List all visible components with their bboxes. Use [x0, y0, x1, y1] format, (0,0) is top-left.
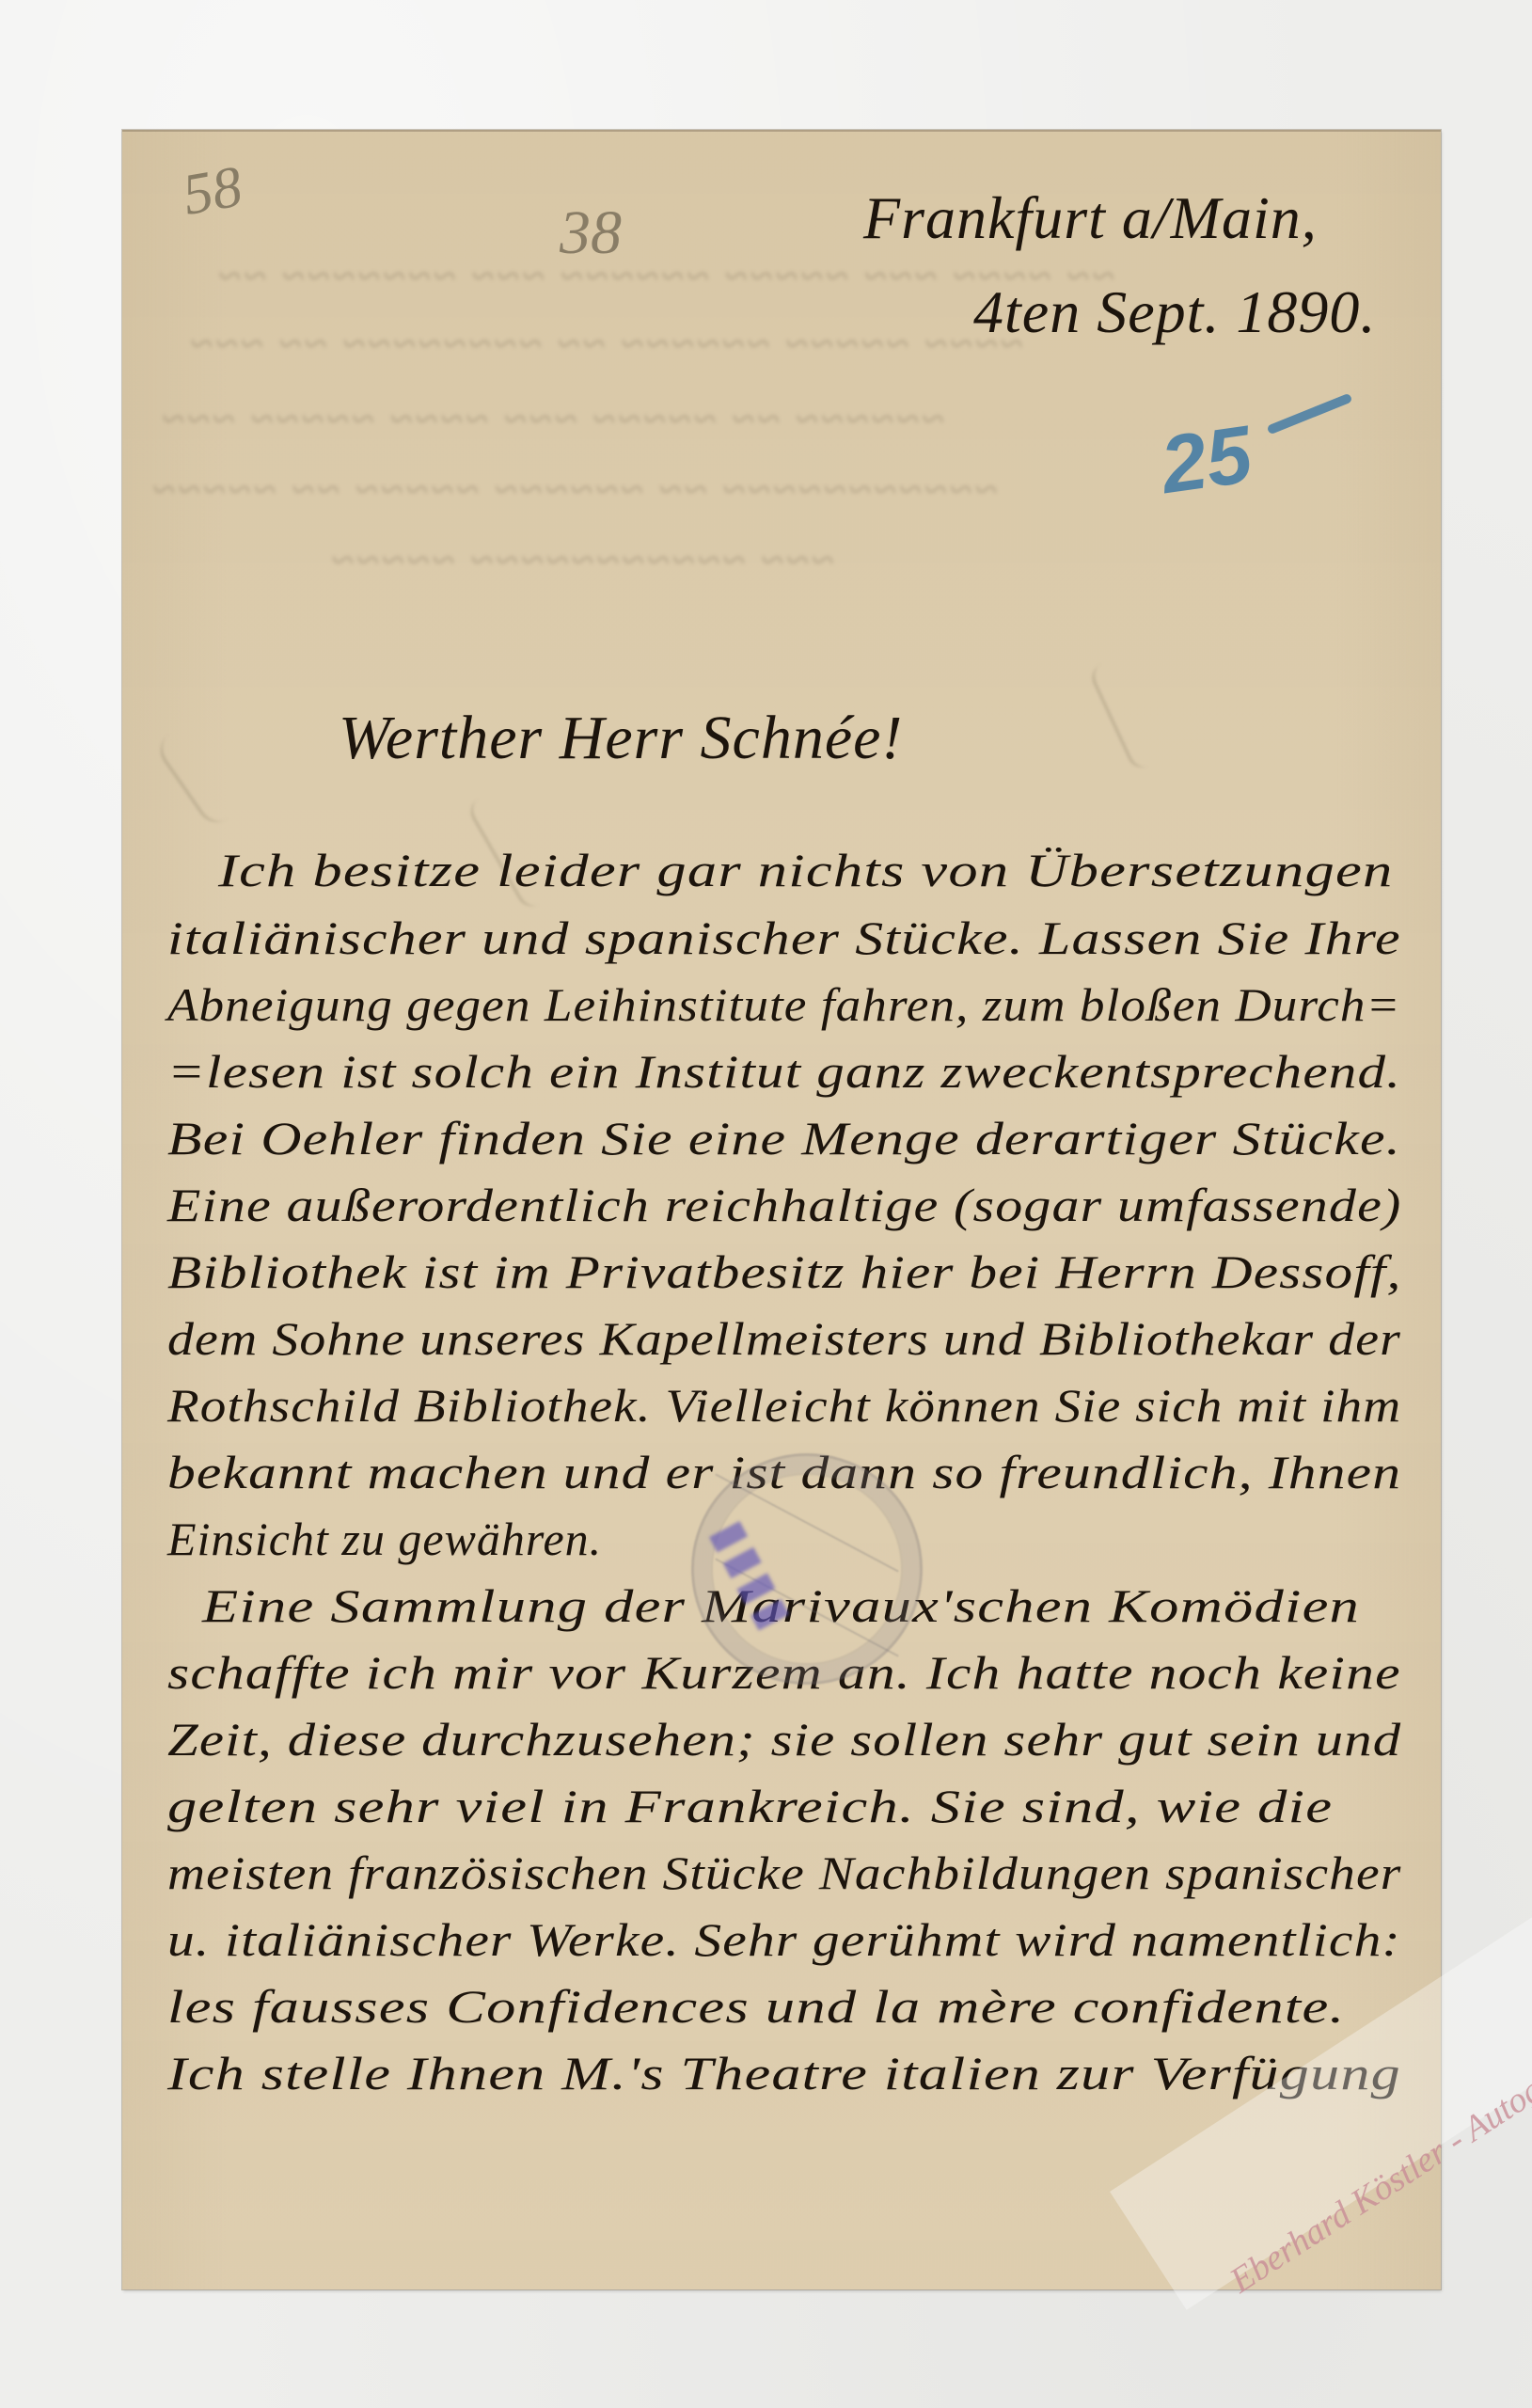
letter-place: Frankfurt a/Main,: [863, 188, 1318, 248]
body-line: u. italiänischer Werke. Sehr gerühmt wir…: [167, 1916, 1401, 1963]
body-line: Ich besitze leider gar nichts von Überse…: [218, 847, 1393, 894]
body-line: italiänischer und spanischer Stücke. Las…: [167, 914, 1401, 961]
body-line: Bei Oehler finden Sie eine Menge derarti…: [167, 1115, 1401, 1162]
body-line: les fausses Confidences und la mère conf…: [167, 1983, 1345, 2030]
body-line: Rothschild Bibliothek. Vielleicht können…: [167, 1382, 1401, 1429]
body-line: Einsicht zu gewähren.: [167, 1515, 602, 1562]
body-line: Zeit, diese durchzusehen; sie sollen seh…: [167, 1716, 1401, 1763]
show-through-text: ~~~ ~~~~~~~~~~~ ~~~~~: [329, 536, 834, 584]
blue-crayon-number: 25: [1156, 408, 1258, 513]
body-line: Abneigung gegen Leihinstitute fahren, zu…: [167, 981, 1400, 1028]
pencil-folio-number: 38: [560, 198, 622, 269]
show-through-text: ~~~~ ~~~~~ ~~~~~~ ~~ ~~~~~~~~ ~~ ~~~: [188, 320, 1023, 368]
body-line: Bibliothek ist im Privatbesitz hier bei …: [167, 1248, 1402, 1295]
body-line: meisten französischen Stücke Nachbildung…: [167, 1849, 1401, 1896]
body-line: Ich stelle Ihnen M.'s Theatre italien zu…: [167, 2050, 1401, 2097]
letter-greeting: Werther Herr Schnée!: [339, 707, 903, 769]
stamp-number: ▮▮▮▮: [703, 1513, 803, 1640]
show-through-text: ~~~~~~ ~~ ~~~~~ ~~~ ~~~~ ~~~~~ ~~~: [160, 395, 945, 443]
show-through-text: ~~~~~~~~~~~ ~~ ~~~~~~ ~~~~~ ~~ ~~~~~: [150, 466, 998, 514]
body-line: =lesen ist solch ein Institut ganz zweck…: [167, 1048, 1401, 1095]
body-line: Eine außerordentlich reichhaltige (sogar…: [167, 1181, 1401, 1228]
letter-date: 4ten Sept. 1890.: [973, 282, 1376, 342]
body-line: gelten sehr viel in Frankreich. Sie sind…: [167, 1782, 1333, 1830]
body-line: dem Sohne unseres Kapellmeisters und Bib…: [167, 1315, 1401, 1362]
library-stamp: ▮▮▮▮: [691, 1453, 923, 1685]
pencil-page-number: 58: [178, 153, 246, 230]
